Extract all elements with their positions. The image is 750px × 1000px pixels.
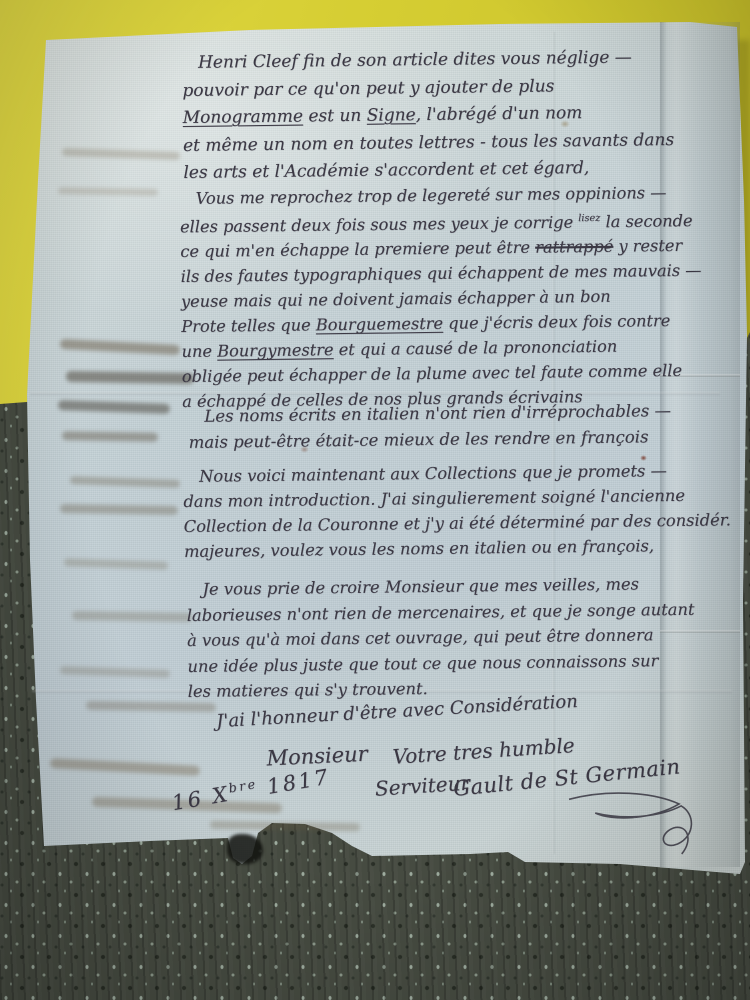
paragraph-italian-names: Les noms écrits en italien n'ont rien d'…: [188, 398, 671, 456]
manuscript-text-layer: Henri Cleef fin de son article dites vou…: [0, 0, 750, 1000]
paragraph-typographic-faults: Vous me reprochez trop de legereté sur m…: [180, 180, 704, 415]
closing-humble: Votre tres humble: [376, 733, 575, 770]
paragraph-monogramme: Henri Cleef fin de son article dites vou…: [182, 44, 675, 187]
photo-of-handwritten-letter: Henri Cleef fin de son article dites vou…: [0, 0, 750, 1000]
paragraph-collections: Nous voici maintenant aux Collections qu…: [183, 457, 731, 564]
signature-flourish: [561, 784, 712, 876]
paragraph-assurance: Je vous prie de croire Monsieur que mes …: [186, 571, 695, 705]
date-line: 16 Xbre 1817: [154, 764, 332, 818]
